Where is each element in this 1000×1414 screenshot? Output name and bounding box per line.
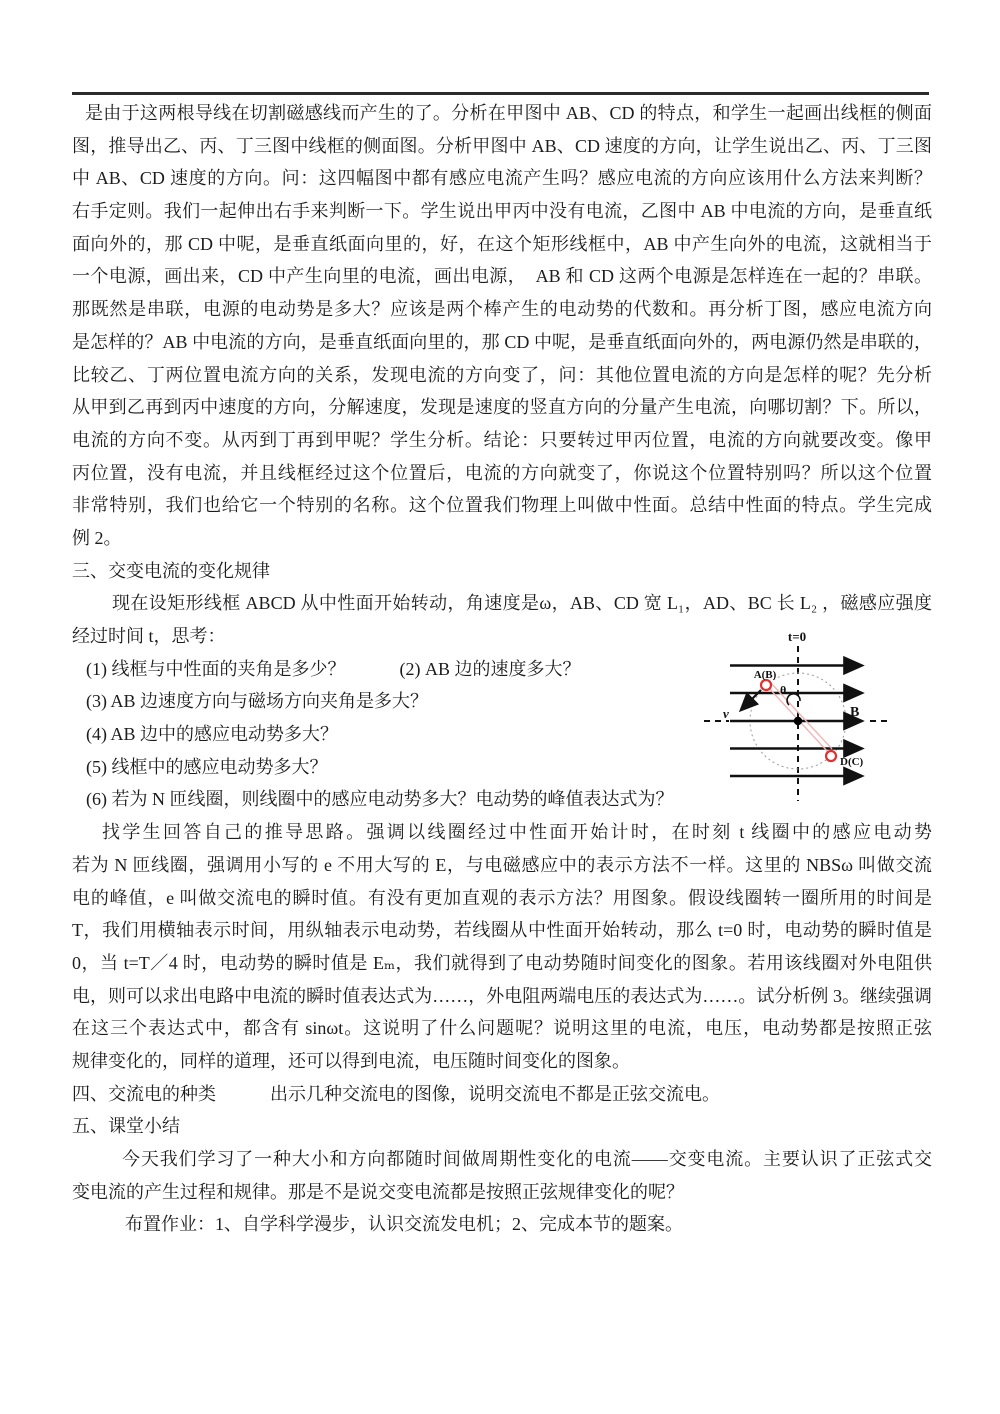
angle-theta-label: θ	[780, 683, 786, 697]
text-line: 例 2。	[72, 522, 932, 555]
text-line: 变电流的产生过程和规律。那是不是说交变电流都是按照正弦规律变化的呢？	[72, 1176, 932, 1209]
conductor-ab-circle	[761, 680, 771, 690]
text-line: 今天我们学习了一种大小和方向都随时间做周期性变化的电流——交变电流。主要认识了正…	[72, 1143, 932, 1176]
text-line: 丙位置，没有电流，并且线框经过这个位置后，电流的方向就变了，你说这个位置特别吗？…	[72, 457, 932, 490]
section-heading-4: 四、交流电的种类 出示几种交流电的图像，说明交流电不都是正弦交流电。	[72, 1078, 932, 1111]
text-line: 规律变化的，同样的道理，还可以得到电流，电压随时间变化的图象。	[72, 1045, 932, 1078]
text-line: 找学生回答自己的推导思路。强调以线圈经过中性面开始计时，在时刻 t 线圈中的感应…	[72, 816, 932, 849]
text-line: 现在设矩形线框 ABCD 从中性面开始转动，角速度是ω，AB、CD 宽 L₁，A…	[72, 587, 932, 620]
header-rule	[72, 92, 929, 95]
text-line: 比较乙、丁两位置电流方向的关系，发现电流的方向变了，问：其他位置电流的方向是怎样…	[72, 359, 932, 392]
text-line: 0，当 t=T／4 时，电动势的瞬时值是 Eₘ，我们就得到了电动势随时间变化的图…	[72, 947, 932, 980]
text-line: 那既然是串联，电源的电动势是多大？应该是两个棒产生的电动势的代数和。再分析丁图，…	[72, 293, 932, 326]
text-line: 一个电源，画出来，CD 中产生向里的电流，画出电源， AB 和 CD 这两个电源…	[72, 260, 932, 293]
section-heading-3: 三、交变电流的变化规律	[72, 555, 932, 588]
conductor-dc-circle	[826, 751, 836, 761]
pivot-dot	[794, 717, 802, 725]
conductor-ab-label: A(B)	[754, 669, 777, 681]
text-line: 电流的方向不变。从丙到丁再到甲呢？学生分析。结论：只要转过甲丙位置，电流的方向就…	[72, 424, 932, 457]
text-line: 是怎样的？AB 中电流的方向，是垂直纸面向里的，那 CD 中呢，是垂直纸面向外的…	[72, 326, 932, 359]
section-heading-5: 五、课堂小结	[72, 1110, 932, 1143]
text-line: 电的峰值，e 叫做交流电的瞬时值。有没有更加直观的表示方法？用图象。假设线圈转一…	[72, 882, 932, 915]
text-line: 从甲到乙再到丙中速度的方向，分解速度，发现是速度的竖直方向的分量产生电流，向哪切…	[72, 391, 932, 424]
lesson-plan-page: 是由于这两根导线在切割磁感线而产生的了。分析在甲图中 AB、CD 的特点，和学生…	[0, 0, 1000, 1414]
text-line: 非常特别，我们也给它一个特别的名称。这个位置我们物理上叫做中性面。总结中性面的特…	[72, 489, 932, 522]
text-line: 右手定则。我们一起伸出右手来判断一下。学生说出甲丙中没有电流，乙图中 AB 中电…	[72, 195, 932, 228]
text-line: 是由于这两根导线在切割磁感线而产生的了。分析在甲图中 AB、CD 的特点，和学生…	[72, 97, 932, 130]
text-line: 电，则可以求出电路中电流的瞬时值表达式为……，外电阻两端电压的表达式为……。试分…	[72, 980, 932, 1013]
velocity-label: v	[723, 706, 729, 721]
rotating-coil-diagram: t=0 A(B) θ v B	[698, 623, 904, 809]
text-line: 在这三个表达式中，都含有 sinωt。这说明了什么问题呢？说明这里的电流，电压，…	[72, 1012, 932, 1045]
text-line: 若为 N 匝线圈，强调用小写的 e 不用大写的 E，与电磁感应中的表示方法不一样…	[72, 849, 932, 882]
field-b-label: B	[850, 705, 859, 720]
homework-line: 布置作业：1、自学科学漫步，认识交流发电机；2、完成本节的题案。	[72, 1208, 932, 1241]
conductor-dc-label: D(C)	[840, 756, 864, 768]
text-line: T，我们用横轴表示时间，用纵轴表示电动势，若线圈从中性面开始转动，那么 t=0 …	[72, 914, 932, 947]
time-zero-label: t=0	[788, 629, 806, 644]
text-line: 面向外的，那 CD 中呢，是垂直纸面向里的，好，在这个矩形线框中，AB 中产生向…	[72, 228, 932, 261]
text-line: 图，推导出乙、丙、丁三图中线框的侧面图。分析甲图中 AB、CD 速度的方向，让学…	[72, 130, 932, 163]
text-line: 中 AB、CD 速度的方向。问：这四幅图中都有感应电流产生吗？感应电流的方向应该…	[72, 162, 932, 195]
